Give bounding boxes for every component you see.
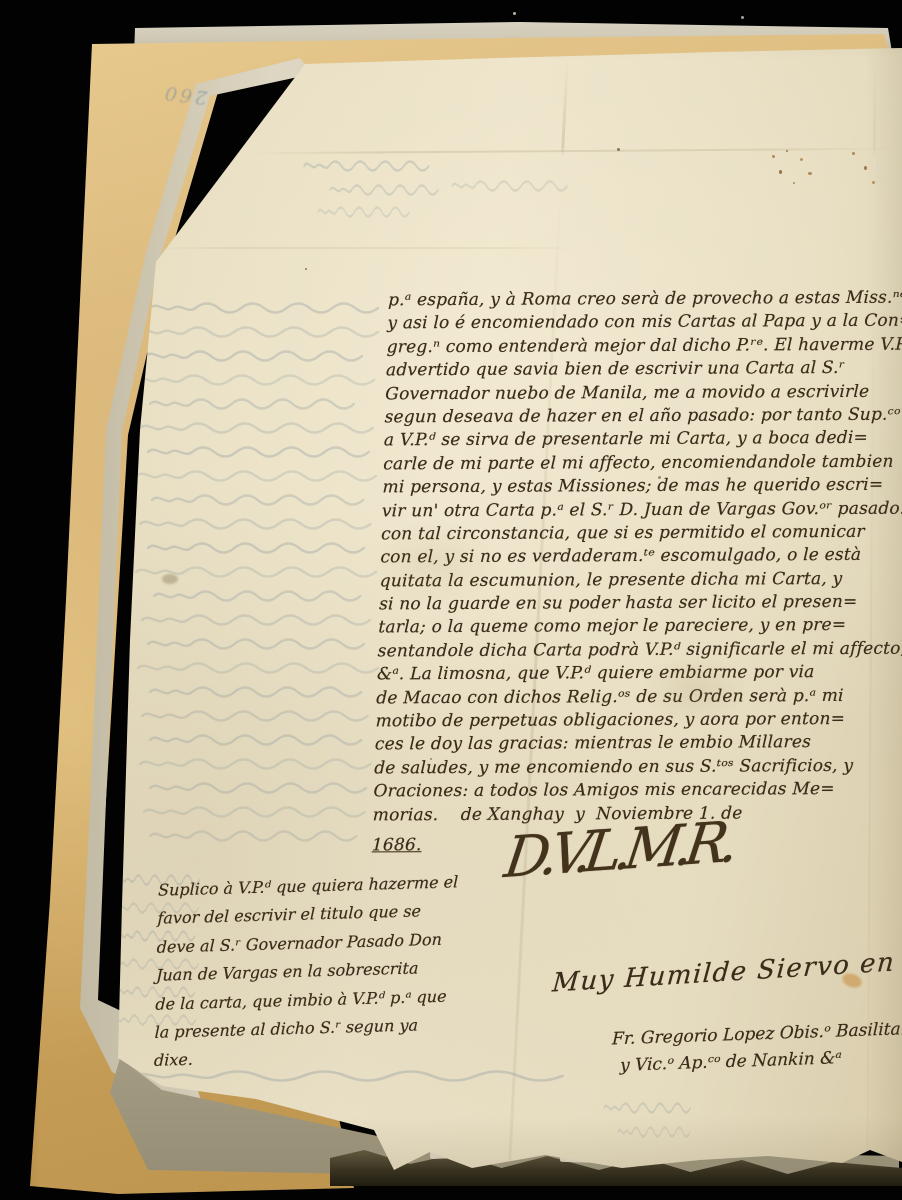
manuscript-line: tarla; o la queme como mejor le parecier… — [378, 614, 899, 640]
foxing-spot — [786, 150, 788, 152]
postscript-line: la presente al dicho S.ʳ segun ya — [154, 1009, 495, 1047]
foxing-spot — [852, 152, 855, 155]
foxing-spot — [793, 182, 795, 184]
dust-speck — [741, 16, 744, 19]
manuscript-line: y asi lo é encomiendado con mis Cartas a… — [387, 310, 902, 336]
manuscript-line: a V.P.ᵈ se sirva de presentarle mi Carta… — [384, 427, 902, 453]
foxing-spot — [779, 170, 782, 174]
foxing-spot — [872, 181, 875, 184]
postscript-line: dixe. — [154, 1038, 495, 1076]
manuscript-line: &ᵃ. La limosna, que V.P.ᵈ quiere embiarm… — [377, 661, 898, 687]
ink-speck — [430, 758, 432, 760]
smudge — [162, 574, 178, 584]
manuscript-line: carle de mi parte el mi affecto, encomie… — [383, 450, 902, 476]
manuscript-line: sentandole dicha Carta podrà V.P.ᵈ signi… — [377, 638, 898, 664]
foxing-spot — [772, 155, 775, 158]
letter-body: p.ᵃ españa, y à Roma creo serà de provec… — [372, 287, 902, 858]
manuscript-line: mi persona, y estas Missiones; de mas he… — [382, 474, 902, 500]
foxing-spot — [800, 158, 803, 161]
manuscript-line-dateline: morias. de Xanghay y Noviembre 1. de — [372, 801, 893, 827]
vertical-fold-crease — [508, 58, 569, 1161]
dust-speck — [513, 12, 516, 15]
signature-title: y Vic.ᵒ Ap.ᶜᵒ de Nankin &ᵃ — [620, 1048, 842, 1076]
valediction: Muy Humilde Siervo en X.ᵖᵒ — [551, 943, 902, 998]
foxing-spot — [864, 166, 867, 170]
stain — [370, 520, 500, 605]
ink-speck — [545, 630, 547, 632]
signature-name: Fr. Gregorio Lopez Obis.ᵒ Basilitano — [612, 1019, 902, 1050]
manuscript-line: si no la guarde en su poder hasta ser li… — [379, 591, 900, 617]
manuscript-line: segun deseava de hazer en el año pasado:… — [384, 404, 902, 430]
manuscript-line: advertido que savia bien de escrivir una… — [386, 357, 902, 383]
foxing-spot — [808, 172, 812, 175]
monogram-signature: D.V.L.M.R. — [501, 810, 736, 892]
manuscript-line: greg.ⁿ como entenderà mejor dal dicho P.… — [386, 333, 902, 359]
postscript-line: Juan de Vargas en la sobrescrita — [156, 952, 497, 990]
manuscript-line: p.ᵃ españa, y à Roma creo serà de provec… — [388, 287, 902, 313]
stain — [640, 655, 750, 725]
manuscript-line: Oraciones: a todos los Amigos mis encare… — [373, 778, 894, 804]
postscript-line: Suplico à V.P.ᵈ que quiera hazerme el — [158, 867, 499, 905]
manuscript-line-year: 1686. — [372, 832, 893, 858]
manuscript-line: vir un' otra Carta p.ᵃ el S.ʳ D. Juan de… — [381, 497, 902, 523]
manuscript-line: de saludes, y me encomiendo en sus S.ᵗᵒˢ… — [374, 754, 895, 780]
manuscript-line: con tal circonstancia, que si es permiti… — [381, 521, 902, 547]
manuscript-line: Governador nuebo de Manila, me a movido … — [385, 380, 902, 406]
horizontal-crease — [150, 247, 580, 249]
postscript-line: deve al S.ʳ Governador Pasado Don — [156, 924, 497, 962]
ink-speck — [658, 476, 661, 479]
ink-speck — [305, 268, 307, 270]
manuscript-line: motibo de perpetuas obligaciones, y aora… — [375, 708, 896, 734]
right-fold-crease — [866, 58, 876, 1158]
postscript-note: Suplico à V.P.ᵈ que quiera hazerme el fa… — [154, 867, 499, 1075]
horizontal-crease — [250, 148, 898, 155]
postscript-line: favor del escrivir el titulo que se — [157, 896, 498, 934]
amber-stain — [840, 971, 863, 990]
ink-speck — [617, 148, 620, 151]
postscript-line: de la carta, que imbio à V.P.ᵈ p.ᵃ que — [155, 981, 496, 1019]
manuscript-line: ces le doy las gracias: mientras le embi… — [375, 731, 896, 757]
scanned-document: 260 — [0, 0, 902, 1200]
manuscript-line: de Macao con dichos Relig.ᵒˢ de su Orden… — [376, 684, 897, 710]
manuscript-line: quitata la escumunion, le presente dicha… — [379, 567, 900, 593]
manuscript-line: con el, y si no es verdaderam.ᵗᵉ escomul… — [380, 544, 901, 570]
